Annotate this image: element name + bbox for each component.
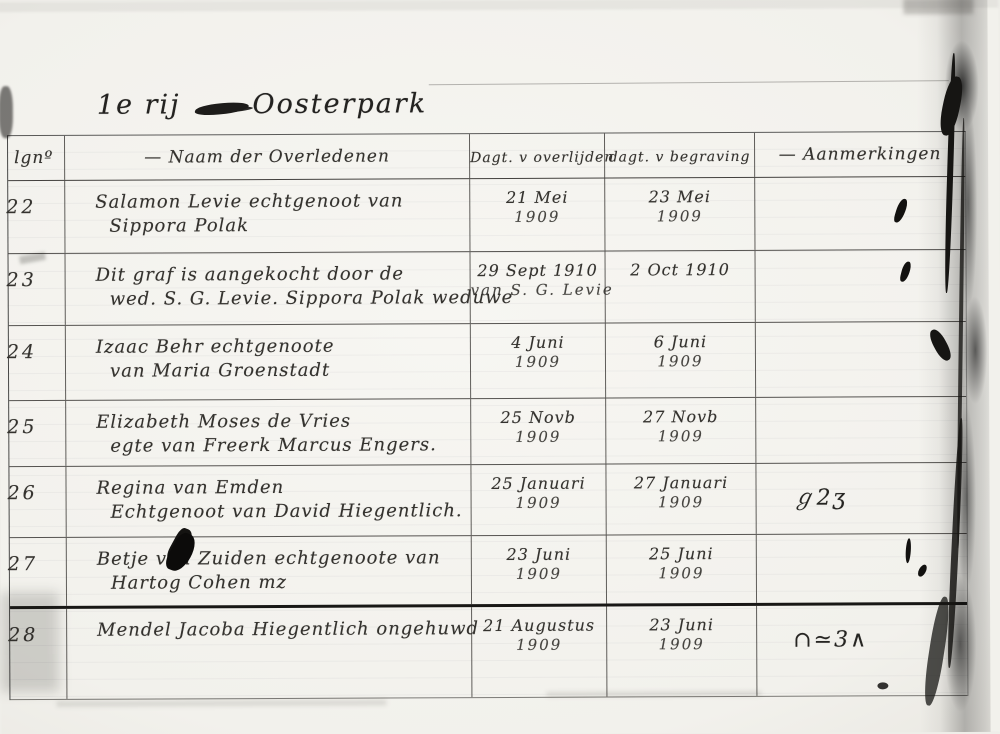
scan-smudge [903,0,973,14]
deceased-name-line2: van Maria Groenstadt [96,359,470,382]
burial-date: 23 Juni [607,615,756,636]
burial-year: 1909 [605,207,754,226]
deceased-name-line1: Regina van Emden [96,473,470,502]
burial-date: 27 Januari [606,473,755,494]
column-header-name: — Naam der Overledenen [65,138,469,171]
row-number: 22 [4,185,64,222]
burial-date: 2 Oct 1910 [606,260,755,281]
death-year: 1909 [471,353,605,372]
table-row: 22 Salamon Levie echtgenoot van Sippora … [8,177,965,254]
death-date: 21 Mei [470,188,604,209]
burial-date: 27 Novb [606,407,755,428]
burial-year: 1909 [607,635,756,654]
death-date: 21 Augustus [472,616,606,637]
scan-smudge [0,86,13,138]
scan-smudge [1,592,59,692]
deceased-name-line2: Echtgenoot van David Hiegentlich. [97,500,471,523]
deceased-name-line1: Dit graf is aangekocht door de [96,260,470,289]
deceased-name-line2: wed. S. G. Levie. Sippora Polak weduwe [96,287,470,310]
deceased-name-line2: egte van Freerk Marcus Engers. [96,434,470,457]
death-date: 4 Juni [471,333,605,354]
ruled-line [429,80,949,85]
burial-year: 1909 [606,427,755,446]
burial-year: 1909 [607,564,756,583]
death-date: 29 Sept 1910 [471,261,605,282]
table-row: 23 Dit graf is aangekocht door de wed. S… [9,250,966,326]
death-year: van S. G. Levie [471,281,605,300]
column-header-number: lgnº [8,140,64,172]
table-row: 26 Regina van Emden Echtgenoot van David… [9,463,966,538]
death-year: 1909 [470,208,604,227]
burial-year: 1909 [606,352,755,371]
row-number: 27 [6,542,66,579]
page-title: 1e rijOosterpark [97,88,427,120]
page-title-main: Oosterpark [252,88,427,120]
death-year: 1909 [471,428,605,447]
row-number: 26 [5,471,65,508]
scan-smudge [56,699,386,706]
column-header-death-date: Dagt. v overlijden [470,138,604,170]
burial-register-table: lgnº — Naam der Overledenen Dagt. v over… [7,131,968,700]
crossed-out-word [193,101,251,117]
table-row: 28 Mendel Jacoba Hiegentlich ongehuwd 21… [10,602,967,700]
scanned-register-page: 1e rijOosterpark lgnº — Naam der Overled… [0,0,1000,734]
table-row: 27 Betje van Zuiden echtgenoote van Hart… [10,534,967,606]
death-date: 25 Januari [471,474,605,495]
burial-date: 6 Juni [606,332,755,353]
burial-year: 1909 [607,493,756,512]
ink-mark [877,682,888,689]
death-date: 23 Juni [472,545,606,566]
scan-smudge [0,0,998,12]
table-row: 24 Izaac Behr echtgenoote van Maria Groe… [9,322,966,401]
death-year: 1909 [472,494,606,513]
remark-scribble: ℊ2ʒ [793,485,848,510]
deceased-name-line2: Hartog Cohen mz [97,571,471,594]
page-title-prefix: 1e rij [97,89,181,120]
burial-date: 25 Juni [607,544,756,565]
remark-scribble: ∩≃3∧ [793,627,868,652]
table-body: 22 Salamon Levie echtgenoot van Sippora … [8,177,967,700]
scan-smudge [546,691,761,697]
column-header-burial-date: dagt. v begraving [605,137,754,169]
row-number: 25 [5,405,65,442]
burial-date: 23 Mei [605,187,754,208]
row-number: 23 [5,258,65,295]
deceased-name-line1: Elizabeth Moses de Vries [96,407,470,436]
scan-streak [937,75,966,137]
deceased-name-line1: Betje van Zuiden echtgenoote van [97,544,471,573]
death-year: 1909 [472,565,606,584]
deceased-name-line1: Mendel Jacoba Hiegentlich ongehuwd [97,615,471,644]
deceased-name-line1: Izaac Behr echtgenoote [96,332,470,361]
death-year: 1909 [472,636,606,655]
paper-edge [987,0,1000,732]
column-header-remarks: — Aanmerkingen [755,136,965,168]
deceased-name-line2: Sippora Polak [95,214,469,237]
row-number: 24 [5,330,65,367]
table-header-row: lgnº — Naam der Overledenen Dagt. v over… [8,132,965,181]
table-row: 25 Elizabeth Moses de Vries egte van Fre… [9,397,966,467]
death-date: 25 Novb [471,408,605,429]
deceased-name-line1: Salamon Levie echtgenoot van [95,187,469,216]
